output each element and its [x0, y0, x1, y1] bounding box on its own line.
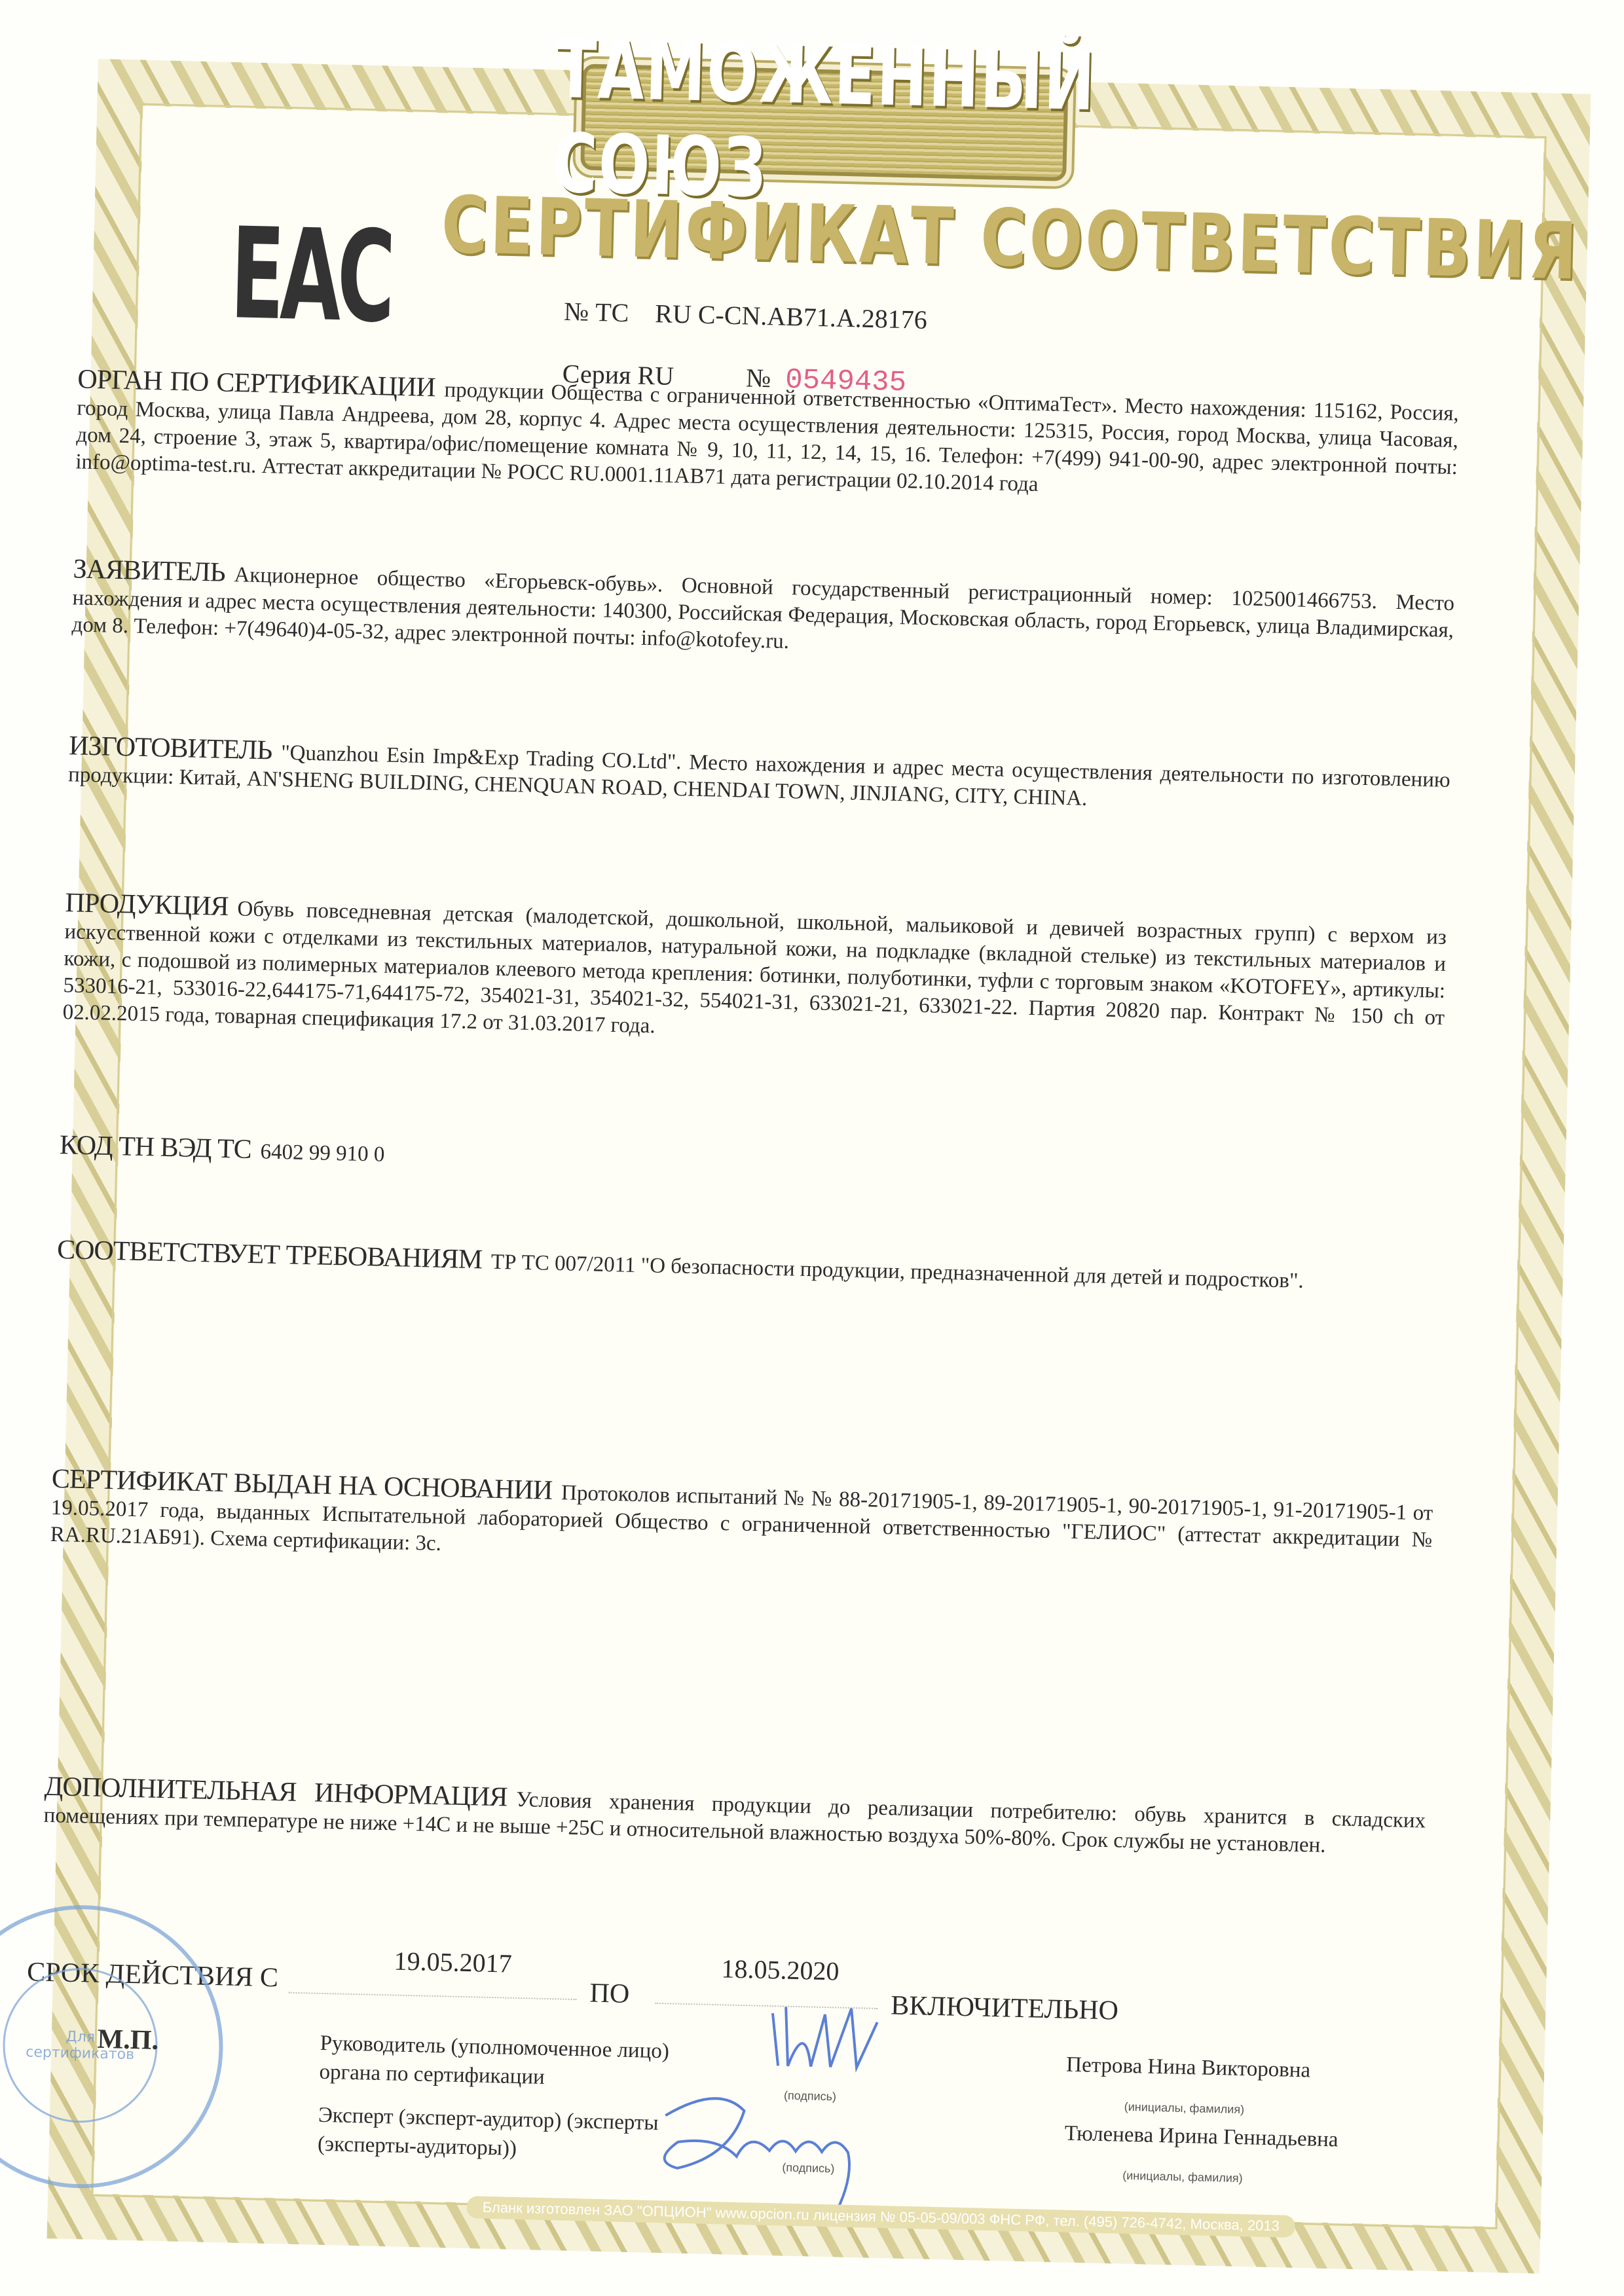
- validity-from-date: 19.05.2017: [394, 1945, 512, 1978]
- cert-number-value: RU C-CN.AB71.A.28176: [655, 299, 928, 335]
- stamp-text: Для: [65, 2029, 95, 2046]
- customs-union-banner: ТАМОЖЕННЫЙ СОЮЗ: [580, 64, 1069, 181]
- signature-head-icon: [758, 1994, 891, 2088]
- cert-number-label: № ТС: [564, 297, 629, 327]
- section-heading: ПРОДУКЦИЯ: [65, 888, 229, 922]
- head-label: Руководитель (уполномоченное лицо) орган…: [319, 2029, 674, 2095]
- certificate-sheet: ТАМОЖЕННЫЙ СОЮЗ СЕРТИФИКАТ СООТВЕТСТВИЯ …: [47, 59, 1591, 2274]
- section-heading: ИЗГОТОВИТЕЛЬ: [69, 731, 272, 765]
- eac-mark-icon: ЕАС: [229, 202, 393, 351]
- validity-to-date: 18.05.2020: [721, 1953, 840, 1986]
- expert-label: Эксперт (эксперт-аудитор) (эксперты (экс…: [318, 2101, 686, 2167]
- validity-to-label: ПО: [589, 1978, 630, 2010]
- seal-label: М.П.: [97, 2024, 158, 2056]
- validity-inclusive-label: ВКЛЮЧИТЕЛЬНО: [891, 1990, 1119, 2026]
- tnved-code: 6402 99 910 0: [260, 1140, 385, 1166]
- name-caption: (инициалы, фамилия): [1124, 2100, 1244, 2117]
- name-caption: (инициалы, фамилия): [1122, 2169, 1243, 2185]
- section-heading: ЗАЯВИТЕЛЬ: [73, 554, 225, 587]
- section-text: Обувь повседневная детская (малодетской,…: [62, 897, 1447, 1038]
- section-heading: КОД ТН ВЭД ТС: [59, 1130, 251, 1165]
